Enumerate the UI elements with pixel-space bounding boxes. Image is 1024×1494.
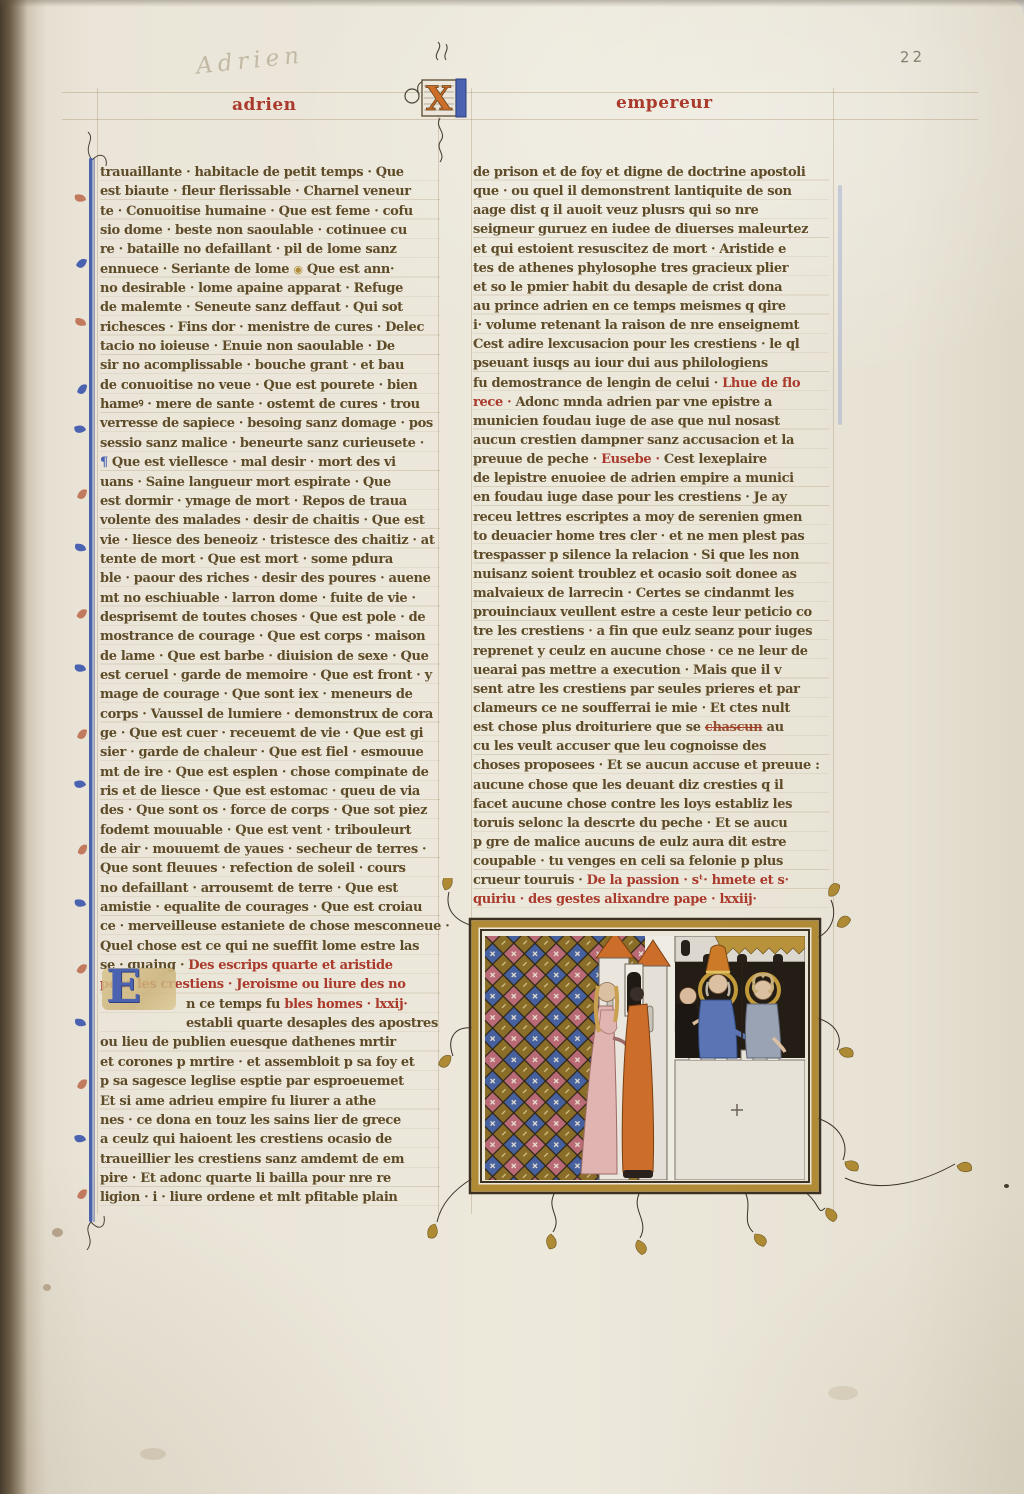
body-text: ◉ <box>293 263 302 276</box>
text-line: et so le pmier habit du desaple de crist… <box>473 278 829 297</box>
body-text: seigneur guruez en iudee de diuerses mal… <box>473 222 808 237</box>
binding-gutter-shadow <box>0 0 46 1494</box>
text-line: desprisemt de toutes choses · Que est po… <box>100 608 440 627</box>
text-line: cu les veult accuser que leu cognoisse d… <box>473 737 829 756</box>
body-text: a ceulz qui haioent les crestiens ocasio… <box>100 1132 392 1147</box>
text-line: de malemte · Seneute sanz deffaut · Qui … <box>100 298 440 317</box>
body-text: sio dome · beste non saoulable · cotinue… <box>100 223 407 238</box>
body-text: ris et de liesce · Que est estomac · que… <box>100 784 420 799</box>
text-line: que · ou quel il demonstrent lantiquite … <box>473 182 829 201</box>
text-line: i· volume retenant la raison de nre ense… <box>473 316 829 335</box>
stain <box>140 1448 166 1460</box>
body-text: nes · ce dona en touz les sains lier de … <box>100 1113 401 1128</box>
body-text: p gre de malice aucuns de eulz aura dit … <box>473 835 786 850</box>
body-text: tente de mort · Que est mort · some pdur… <box>100 552 393 567</box>
text-line: uearai pas mettre a execution · Mais que… <box>473 661 829 680</box>
body-text: pire · Et adonc quarte li bailla pour nr… <box>100 1171 391 1186</box>
body-text: au <box>762 720 783 735</box>
text-line: richesces · Fins dor · menistre de cures… <box>100 318 440 337</box>
text-line: sier · garde de chaleur · Que est fiel ·… <box>100 743 440 762</box>
body-text: ennuece · Seriante de lome <box>100 262 293 277</box>
body-text: prouinciaux veullent estre a ceste leur … <box>473 605 812 620</box>
stain <box>43 1284 51 1291</box>
body-text: tes de athenes phylosophe tres gracieux … <box>473 261 788 276</box>
body-text: aage dist q il auoit veuz plusrs qui so … <box>473 203 758 218</box>
text-line: Cest adire lexcusacion pour les crestien… <box>473 335 829 354</box>
body-text: sier · garde de chaleur · Que est fiel ·… <box>100 745 423 760</box>
running-header-left: adrien <box>232 95 297 115</box>
body-text: mt de ire · Que est esplen · chose compi… <box>100 765 429 780</box>
body-text: verresse de sapiece · besoing sanz domag… <box>100 416 433 431</box>
text-line: uans · Saine langueur mort espirate · Qu… <box>100 473 440 492</box>
body-text: p sa sagesce leglise esptie par esproeue… <box>100 1074 404 1089</box>
pen-flourish <box>438 118 442 162</box>
body-text: des · Que sont os · force de corps · Que… <box>100 803 427 818</box>
rubric-text: Eusebe · <box>601 452 664 467</box>
folio-number: 22 <box>900 48 926 67</box>
text-line: prouinciaux veullent estre a ceste leur … <box>473 603 829 622</box>
text-line: mt no eschiuable · larron dome · fuite d… <box>100 589 440 608</box>
pigment-bleed <box>838 185 842 425</box>
bar-line <box>89 158 93 1222</box>
text-line: coupable · tu venges en celi sa felonie … <box>473 852 829 871</box>
body-text: municien foudau iuge de ase que nul nosa… <box>473 414 780 429</box>
text-line: et qui estoient resuscitez de mort · Ari… <box>473 240 829 259</box>
body-text: ge · Que est cuer · receuemt de vie · Qu… <box>100 726 423 741</box>
body-text: est dormir · ymage de mort · Repos de tr… <box>100 494 407 509</box>
body-text: ou lieu de publien euesque dathenes mrti… <box>100 1035 396 1050</box>
body-text: de conuoitise no veue · Que est pourete … <box>100 378 417 393</box>
text-line: ennuece · Seriante de lome ◉ Que est ann… <box>100 260 440 279</box>
text-line: corps · Vaussel de lumiere · demonstrux … <box>100 705 440 724</box>
running-header-right: empereur <box>616 93 713 113</box>
body-text: reprenet y ceulz en aucune chose · ce ne… <box>473 644 808 659</box>
text-line: clameurs ce ne soufferrai ie mie · Et ct… <box>473 699 829 718</box>
text-line: est chose plus droituriere que se chascu… <box>473 718 829 737</box>
text-line: sent atre les crestiens par seules prier… <box>473 680 829 699</box>
text-line: ble · paour des riches · desir des poure… <box>100 569 440 588</box>
text-line: de prison et de foy et digne de doctrine… <box>473 163 829 182</box>
body-text: mostrance de courage · Que est corps · m… <box>100 629 425 644</box>
body-text: clameurs ce ne soufferrai ie mie · Et ct… <box>473 701 790 716</box>
text-line: mostrance de courage · Que est corps · m… <box>100 627 440 646</box>
body-text: malvaieux de larrecin · Certes se cindan… <box>473 586 794 601</box>
body-text: que · ou quel il demonstrent lantiquite … <box>473 184 792 199</box>
body-text: Et si ame adrieu empire fu liurer a athe <box>100 1094 376 1109</box>
body-text: Quel chose est ce qui ne sueffit lome es… <box>100 939 419 954</box>
text-line: vie · liesce des beneoiz · tristesce des… <box>100 531 440 550</box>
body-text: uearai pas mettre a execution · Mais que… <box>473 663 781 678</box>
text-line: est biaute · fleur flerissable · Charnel… <box>100 182 440 201</box>
text-line: reprenet y ceulz en aucune chose · ce ne… <box>473 642 829 661</box>
body-text: tre les crestiens · a fin que eulz seanz… <box>473 624 812 639</box>
text-line: malvaieux de larrecin · Certes se cindan… <box>473 584 829 603</box>
body-text: sir no acomplissable · bouche grant · et… <box>100 358 404 373</box>
text-line: de lame · Que est barbe · diuision de se… <box>100 647 440 666</box>
chapter-ornament: X <box>398 40 482 164</box>
text-line: volente des malades · desir de chaitis ·… <box>100 511 440 530</box>
body-text: corps · Vaussel de lumiere · demonstrux … <box>100 707 433 722</box>
text-line: p gre de malice aucuns de eulz aura dit … <box>473 833 829 852</box>
text-line: no desirable · lome apaine apparat · Ref… <box>100 279 440 298</box>
body-text: Que est viellesce · mal desir · mort des… <box>112 455 396 470</box>
body-text: mage de courage · Que sont iex · meneurs… <box>100 687 413 702</box>
body-text: sessio sanz malice · beneurte sanz curie… <box>100 436 424 451</box>
body-text: chascun <box>705 720 762 735</box>
text-line: trauaillante · habitacle de petit temps … <box>100 163 440 182</box>
text-line: toruis selonc la descrte du peche · Et s… <box>473 814 829 833</box>
body-text: sent atre les crestiens par seules prier… <box>473 682 800 697</box>
body-text: re · bataille no defaillant · pil de lom… <box>100 242 397 257</box>
rubric-text: rece · <box>473 395 515 410</box>
body-text: ligion · i · liure ordene et mlt pfitabl… <box>100 1190 398 1205</box>
body-text: hameꝰ · mere de sante · ostemt de cures … <box>100 397 420 412</box>
text-line: rece · Adonc mnda adrien par vne epistre… <box>473 393 829 412</box>
body-text: desprisemt de toutes choses · Que est po… <box>100 610 425 625</box>
text-line: sessio sanz malice · beneurte sanz curie… <box>100 434 440 453</box>
body-text: Cest adire lexcusacion pour les crestien… <box>473 337 799 352</box>
text-line: au prince adrien en ce temps meismes q q… <box>473 297 829 316</box>
text-line: receu lettres escriptes a moy de serenie… <box>473 508 829 527</box>
body-text: facet aucune chose contre les loys estab… <box>473 797 792 812</box>
text-column-right: de prison et de foy et digne de doctrine… <box>473 163 829 911</box>
miniature <box>385 878 985 1263</box>
ruling-line <box>62 119 978 120</box>
body-text: Adonc mnda adrien par vne epistre a <box>515 395 772 410</box>
body-text: amistie · equalite de courages · Que est… <box>100 900 422 915</box>
text-line: fodemt mouuable · Que est vent · triboul… <box>100 821 440 840</box>
body-text: volente des malades · desir de chaitis ·… <box>100 513 425 528</box>
stain <box>828 1386 858 1400</box>
body-text: de lepistre enuoiee de adrien empire a m… <box>473 471 794 486</box>
text-line: ¶Que est viellesce · mal desir · mort de… <box>100 453 440 472</box>
text-line: sio dome · beste non saoulable · cotinue… <box>100 221 440 240</box>
text-line: pseuant iusqs au iour dui aus philologie… <box>473 354 829 373</box>
text-line: trespasser p silence la relacion · Si qu… <box>473 546 829 565</box>
body-text: pseuant iusqs au iour dui aus philologie… <box>473 356 768 371</box>
body-text: trauaillante · habitacle de petit temps … <box>100 165 404 180</box>
body-text: de lame · Que est barbe · diuision de se… <box>100 649 429 664</box>
chapter-mark-letter: X <box>426 79 453 119</box>
text-line: aucune chose que les deuant diz cresties… <box>473 776 829 795</box>
text-line: preuue de peche · Eusebe · Cest lexeplai… <box>473 450 829 469</box>
body-text: no defaillant · arrousemt de terre · Que… <box>100 881 398 896</box>
text-line: est ceruel · garde de memoire · Que est … <box>100 666 440 685</box>
body-text: de prison et de foy et digne de doctrine… <box>473 165 805 180</box>
rubric-text: Lhue de flo <box>722 376 800 391</box>
body-text: ¶ <box>100 455 112 470</box>
body-text: traueillier les crestiens sanz amdemt de… <box>100 1152 404 1167</box>
body-text: toruis selonc la descrte du peche · Et s… <box>473 816 787 831</box>
body-text: uans · Saine langueur mort espirate · Qu… <box>100 475 391 490</box>
ivy-leaves <box>73 192 90 1201</box>
text-line: nuisanz soient troublez et ocasio soit d… <box>473 565 829 584</box>
body-text: ble · paour des riches · desir des poure… <box>100 571 431 586</box>
ruling-line <box>62 92 978 93</box>
text-line: to deuacier home tres cler · et ne men p… <box>473 527 829 546</box>
text-line: en foudau iuge dase pour les crestiens ·… <box>473 488 829 507</box>
body-text: cu les veult accuser que leu cognoisse d… <box>473 739 766 754</box>
text-line: mt de ire · Que est esplen · chose compi… <box>100 763 440 782</box>
text-line: tente de mort · Que est mort · some pdur… <box>100 550 440 569</box>
body-text: to deuacier home tres cler · et ne men p… <box>473 529 804 544</box>
body-text: nuisanz soient troublez et ocasio soit d… <box>473 567 797 582</box>
text-line: seigneur guruez en iudee de diuerses mal… <box>473 220 829 239</box>
text-line: ge · Que est cuer · receuemt de vie · Qu… <box>100 724 440 743</box>
body-text: mt no eschiuable · larron dome · fuite d… <box>100 591 416 606</box>
body-text: receu lettres escriptes a moy de serenie… <box>473 510 802 525</box>
body-text: Que est ann· <box>303 262 395 277</box>
text-line: te · Conuoitise humaine · Que est feme ·… <box>100 202 440 221</box>
body-text: no desirable · lome apaine apparat · Ref… <box>100 281 403 296</box>
text-line: tacio no ioieuse · Enuie non saoulable ·… <box>100 337 440 356</box>
text-line: sir no acomplissable · bouche grant · et… <box>100 356 440 375</box>
text-line: re · bataille no defaillant · pil de lom… <box>100 240 440 259</box>
body-text: aucune chose que les deuant diz cresties… <box>473 778 783 793</box>
text-line: tes de athenes phylosophe tres gracieux … <box>473 259 829 278</box>
body-text: aucun crestien dampner sanz accusacion e… <box>473 433 794 448</box>
text-line: tre les crestiens · a fin que eulz seanz… <box>473 622 829 641</box>
text-line: ris et de liesce · Que est estomac · que… <box>100 782 440 801</box>
text-line: mage de courage · Que sont iex · meneurs… <box>100 685 440 704</box>
body-text: n ce temps fu <box>186 997 284 1012</box>
body-text: preuue de peche · <box>473 452 601 467</box>
text-line: est dormir · ymage de mort · Repos de tr… <box>100 492 440 511</box>
body-text: de air · mouuemt de yaues · secheur de t… <box>100 842 426 857</box>
body-text: de malemte · Seneute sanz deffaut · Qui … <box>100 300 403 315</box>
text-line: verresse de sapiece · besoing sanz domag… <box>100 414 440 433</box>
text-line: des · Que sont os · force de corps · Que… <box>100 801 440 820</box>
page-top-edge <box>0 0 1024 7</box>
body-text: vie · liesce des beneoiz · tristesce des… <box>100 533 435 548</box>
drop-initial-e: E <box>100 966 180 1012</box>
body-text: fu demostrance de lengin de celui · <box>473 376 722 391</box>
pen-curl <box>405 89 419 103</box>
text-line: aage dist q il auoit veuz plusrs qui so … <box>473 201 829 220</box>
body-text: et so le pmier habit du desaple de crist… <box>473 280 782 295</box>
arched-window <box>681 940 690 956</box>
body-text: Que sont fleuues · refection de soleil ·… <box>100 861 406 876</box>
text-line: facet aucune chose contre les loys estab… <box>473 795 829 814</box>
text-line: Que sont fleuues · refection de soleil ·… <box>100 859 440 878</box>
body-text: trespasser p silence la relacion · Si qu… <box>473 548 799 563</box>
body-text: et corones p mrtire · et assembloit p sa… <box>100 1055 414 1070</box>
body-text: choses proposees · Et se aucun accuse et… <box>473 758 820 773</box>
body-text: fodemt mouuable · Que est vent · triboul… <box>100 823 411 838</box>
body-text: coupable · tu venges en celi sa felonie … <box>473 854 783 869</box>
drop-initial-letter: E <box>106 960 141 1012</box>
bar-line-shadow <box>94 158 95 1222</box>
text-line: fu demostrance de lengin de celui · Lhue… <box>473 374 829 393</box>
body-text: et qui estoient resuscitez de mort · Ari… <box>473 242 786 257</box>
rubric-text: Des escrips quarte et aristide <box>188 958 392 973</box>
body-text: est biaute · fleur flerissable · Charnel… <box>100 184 411 199</box>
body-text: Cest lexeplaire <box>664 452 767 467</box>
body-text: tacio no ioieuse · Enuie non saoulable ·… <box>100 339 395 354</box>
text-line: aucun crestien dampner sanz accusacion e… <box>473 431 829 450</box>
text-line: municien foudau iuge de ase que nul nosa… <box>473 412 829 431</box>
text-line: choses proposees · Et se aucun accuse et… <box>473 756 829 775</box>
body-text: en foudau iuge dase pour les crestiens ·… <box>473 490 787 505</box>
text-line: de lepistre enuoiee de adrien empire a m… <box>473 469 829 488</box>
body-text: est ceruel · garde de memoire · Que est … <box>100 668 432 683</box>
manuscript-photo: { "page": { "folio_number": "22", "penci… <box>0 0 1024 1494</box>
text-line: de conuoitise no veue · Que est pourete … <box>100 376 440 395</box>
pen-flourish <box>436 42 447 60</box>
body-text: est chose plus droituriere que se <box>473 720 705 735</box>
blue-bar <box>456 79 466 117</box>
text-line: hameꝰ · mere de sante · ostemt de cures … <box>100 395 440 414</box>
body-text: richesces · Fins dor · menistre de cures… <box>100 320 424 335</box>
body-text: te · Conuoitise humaine · Que est feme ·… <box>100 204 413 219</box>
ink-speck <box>1004 1184 1009 1188</box>
text-line: de air · mouuemt de yaues · secheur de t… <box>100 840 440 859</box>
battlement-wall <box>675 1050 805 1180</box>
body-text: i· volume retenant la raison de nre ense… <box>473 318 799 333</box>
body-text: au prince adrien en ce temps meismes q q… <box>473 299 786 314</box>
